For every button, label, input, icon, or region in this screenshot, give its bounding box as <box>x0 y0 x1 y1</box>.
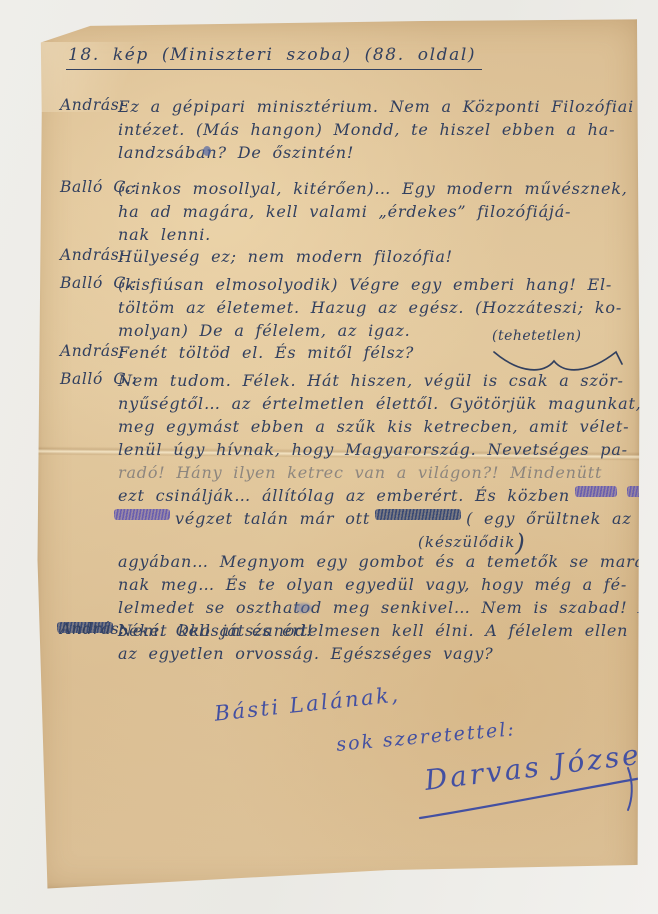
speaker-label: András: <box>60 246 125 264</box>
scan-background: 18. kép (Miniszteri szoba) (88. oldal) A… <box>0 0 658 914</box>
scribbled-out-word: xxx <box>627 486 655 497</box>
dialogue-line: Nem tudom. Félek. Hát hiszen, végül is c… <box>118 370 658 393</box>
speaker-label: Balló G.: <box>60 370 137 388</box>
dialogue-text: végzet talán már ott <box>175 509 370 528</box>
dialogue-line-faded: radó! Hány ilyen ketrec van a világon?! … <box>118 462 658 485</box>
dialogue-entry: Balló G.: (cinkos mosollyal, kitérően)… … <box>60 178 628 247</box>
dialogue-text: ezt csinálják… állítólag az emberért. És… <box>118 486 570 505</box>
scene-title-text: 18. kép (Miniszteri szoba) (88. oldal) <box>66 45 482 70</box>
dialogue-line: nak lenni. <box>118 224 628 247</box>
dialogue-line: nyűségtől… az értelmetlen élettől. Gyötö… <box>118 393 658 416</box>
dialogue-entry: András: Nem. Okosan és értelmesen kell é… <box>60 620 658 666</box>
dialogue-entry: András: Fenét töltöd el. És mitől félsz? <box>60 342 414 365</box>
dialogue-line: Hülyeség ez; nem modern filozófia! <box>118 246 453 269</box>
scribbled-out-word: xxxxxx <box>114 509 170 520</box>
speaker-label: András: <box>60 96 125 114</box>
manuscript-paper: 18. kép (Miniszteri szoba) (88. oldal) A… <box>36 18 640 892</box>
dialogue-line: Ez a gépipari minisztérium. Nem a Közpon… <box>118 96 634 119</box>
dialogue-line: intézet. (Más hangon) Mondd, te hiszel e… <box>118 119 634 142</box>
speaker-label: András: <box>60 620 125 638</box>
dialogue-line: töltöm az életemet. Hazug az egész. (Hoz… <box>118 297 622 320</box>
ink-smudge <box>294 603 312 613</box>
scene-title: 18. kép (Miniszteri szoba) (88. oldal) <box>66 45 482 70</box>
dialogue-line: (cinkos mosollyal, kitérően)… Egy modern… <box>118 178 628 201</box>
dialogue-line: (kisfiúsan elmosolyodik) Végre egy ember… <box>118 274 622 297</box>
insertion-line: (készülődik) <box>118 531 658 551</box>
dialogue-text: ( egy őrültnek az <box>466 509 631 528</box>
margin-note: (tehetetlen) <box>492 328 581 344</box>
dialogue-line: landzsában? De őszintén! <box>118 142 634 165</box>
dialogue-entry: András: Ez a gépipari minisztérium. Nem … <box>60 96 634 165</box>
speaker-label: András: <box>60 342 125 360</box>
dedication-line: Básti Lalának, <box>213 682 401 725</box>
scribbled-out-word: xxxx <box>575 486 617 497</box>
dialogue-line: Fenét töltöd el. És mitől félsz? <box>118 342 414 365</box>
inserted-word: (készülődik) <box>418 533 526 551</box>
dialogue-line: ha ad magára, kell valami „érdekes” filo… <box>118 201 628 224</box>
dialogue-line: ezt csinálják… állítólag az emberért. És… <box>118 485 658 508</box>
speaker-label: Balló G.: <box>60 178 137 196</box>
scribbled-out-word: xxxxxxxx <box>375 509 461 520</box>
dialogue-line: nak meg… És te olyan egyedül vagy, hogy … <box>118 574 658 597</box>
dialogue-line: lelmedet se oszthatod meg senkivel… Nem … <box>118 597 658 620</box>
inserted-word-text: (készülődik <box>418 533 515 551</box>
dialogue-line: az egyetlen orvosság. Egészséges vagy? <box>118 643 658 666</box>
dialogue-line: meg egymást ebben a szűk kis ketrecben, … <box>118 416 658 439</box>
greeting-line: sok szeretettel: <box>335 718 516 756</box>
dialogue-line: agyában… Megnyom egy gombot és a temetők… <box>118 551 658 574</box>
dialogue-entry: Balló G.: Nem tudom. Félek. Hát hiszen, … <box>60 370 658 643</box>
dialogue-line: xxxxxxvégzet talán már ottxxxxxxxx( egy … <box>118 508 658 531</box>
ink-smudge <box>203 146 211 156</box>
dialogue-line: lenül úgy hívnak, hogy Magyarország. Nev… <box>118 439 658 462</box>
signature-flourish <box>414 760 654 830</box>
dialogue-entry: András: Hülyeség ez; nem modern filozófi… <box>60 246 453 269</box>
dialogue-line: Nem. Okosan és értelmesen kell élni. A f… <box>118 620 658 643</box>
speaker-label: Balló G.: <box>60 274 137 292</box>
